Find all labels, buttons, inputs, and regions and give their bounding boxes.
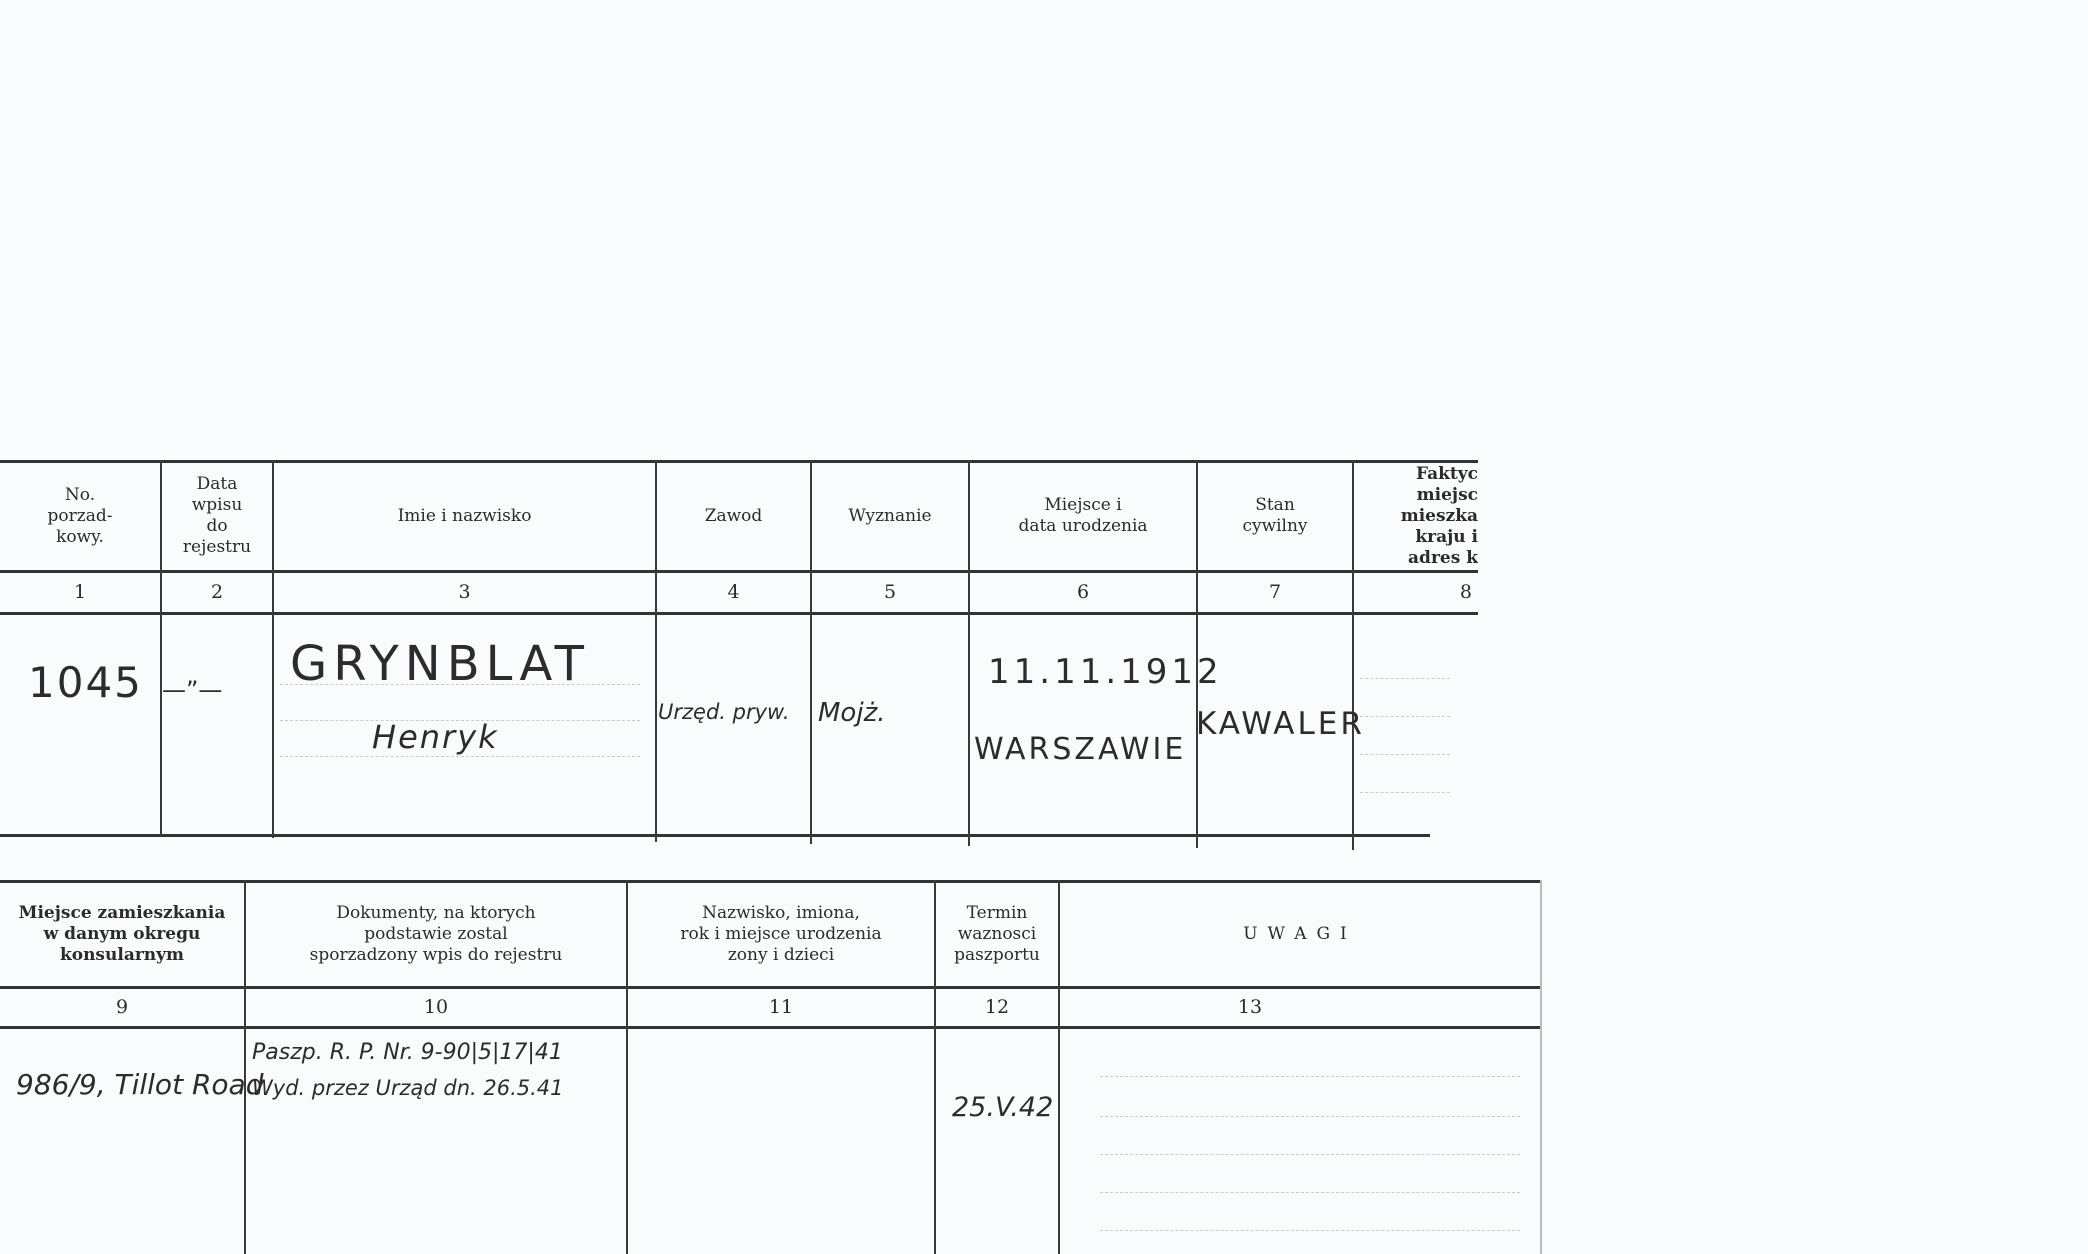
surname: GRYNBLAT	[290, 636, 590, 692]
header-name: Imie i nazwisko	[274, 462, 655, 570]
given-name: Henryk	[372, 718, 499, 756]
header-actual-residence: Faktyc miejsc mieszka kraju i adres k	[1354, 462, 1478, 570]
col-number-12: 12	[936, 988, 1058, 1026]
header-spouse-children: Nazwisko, imiona, rok i miejsce urodzeni…	[628, 882, 934, 986]
civil-status: KAWALER	[1196, 706, 1365, 742]
col-number-4: 4	[657, 572, 810, 612]
documents-line-1: Paszp. R. P. Nr. 9-90|5|17|41	[252, 1040, 563, 1065]
col-number-9: 9	[0, 988, 244, 1026]
col-number-13: 13	[1060, 988, 1440, 1026]
sheet-edge	[1540, 880, 1542, 1254]
header-consular-residence: Miejsce zamieszkania w danym okregu kons…	[0, 882, 244, 986]
header-entry-date: Data wpisu do rejestru	[162, 462, 272, 570]
col-number-5: 5	[812, 572, 968, 612]
passport-validity: 25.V.42	[952, 1092, 1053, 1123]
header-remarks: UWAGI	[1060, 882, 1540, 986]
col-number-8: 8	[1354, 572, 1472, 612]
entry-date-ditto: —”—	[162, 676, 222, 704]
header-occupation: Zawod	[657, 462, 810, 570]
occupation: Urzęd. pryw.	[658, 700, 790, 724]
col-number-11: 11	[628, 988, 934, 1026]
register-top-sheet: No. porzad- kowy. Data wpisu do rejestru…	[0, 458, 1478, 868]
col-number-7: 7	[1198, 572, 1352, 612]
number-row-divider	[0, 1026, 1542, 1029]
entry-number: 1045	[28, 658, 143, 707]
header-no: No. porzad- kowy.	[0, 462, 160, 570]
header-religion: Wyznanie	[812, 462, 968, 570]
register-bottom-sheet: Miejsce zamieszkania w danym okregu kons…	[0, 878, 1542, 1254]
consular-residence: 986/9, Tillot Road	[16, 1068, 263, 1101]
religion: Mojż.	[818, 698, 885, 728]
header-civil-status: Stan cywilny	[1198, 462, 1352, 570]
col-number-3: 3	[274, 572, 655, 612]
header-birth: Miejsce i data urodzenia	[970, 462, 1196, 570]
col-number-6: 6	[970, 572, 1196, 612]
number-row-divider	[0, 612, 1478, 615]
header-documents: Dokumenty, na ktorych podstawie zostal s…	[246, 882, 626, 986]
birth-place: WARSZAWIE	[974, 732, 1186, 767]
documents-line-2: Wyd. przez Urząd dn. 26.5.41	[252, 1076, 564, 1100]
bottom-rule	[0, 834, 1430, 837]
col-number-2: 2	[162, 572, 272, 612]
col-number-10: 10	[246, 988, 626, 1026]
col-number-1: 1	[0, 572, 160, 612]
header-passport-validity: Termin waznosci paszportu	[936, 882, 1058, 986]
birth-date: 11.11.1912	[988, 652, 1223, 692]
